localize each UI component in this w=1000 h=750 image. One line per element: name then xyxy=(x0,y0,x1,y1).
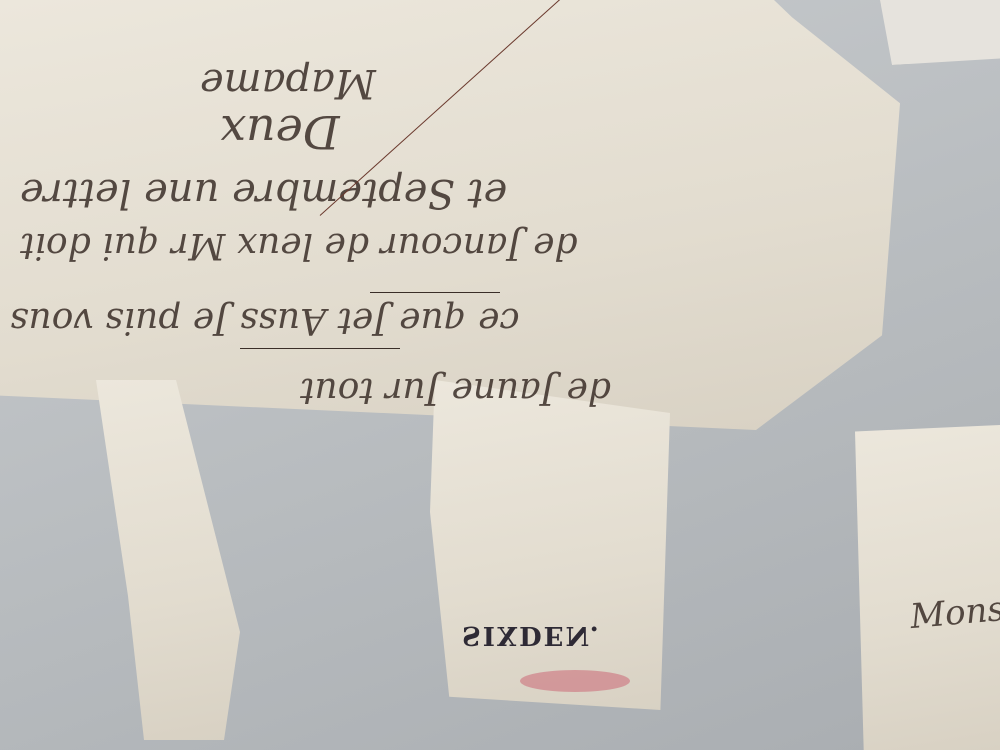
handwriting-line: Mapame xyxy=(200,60,376,106)
red-wax-mark xyxy=(520,670,630,692)
handwriting-line: de Jancour de leux Mr qui doit xyxy=(20,225,578,266)
handwriting-line: Deux xyxy=(220,105,340,159)
paper-fragment-top-right xyxy=(880,0,1000,65)
underline-stroke xyxy=(370,292,500,293)
torn-paper-strip xyxy=(80,380,240,740)
handwriting-line: et Septembre une lettre xyxy=(20,170,507,216)
letter-folded-flap xyxy=(430,380,670,710)
handwriting-line: ce que Jet Auss Je puis vous xyxy=(10,300,520,341)
handwriting-line: de Jaune Jur tout xyxy=(300,370,611,411)
second-letter-edge xyxy=(855,425,1000,750)
underline-stroke xyxy=(240,348,400,349)
postal-stamp: SIXDEN. xyxy=(462,620,601,650)
